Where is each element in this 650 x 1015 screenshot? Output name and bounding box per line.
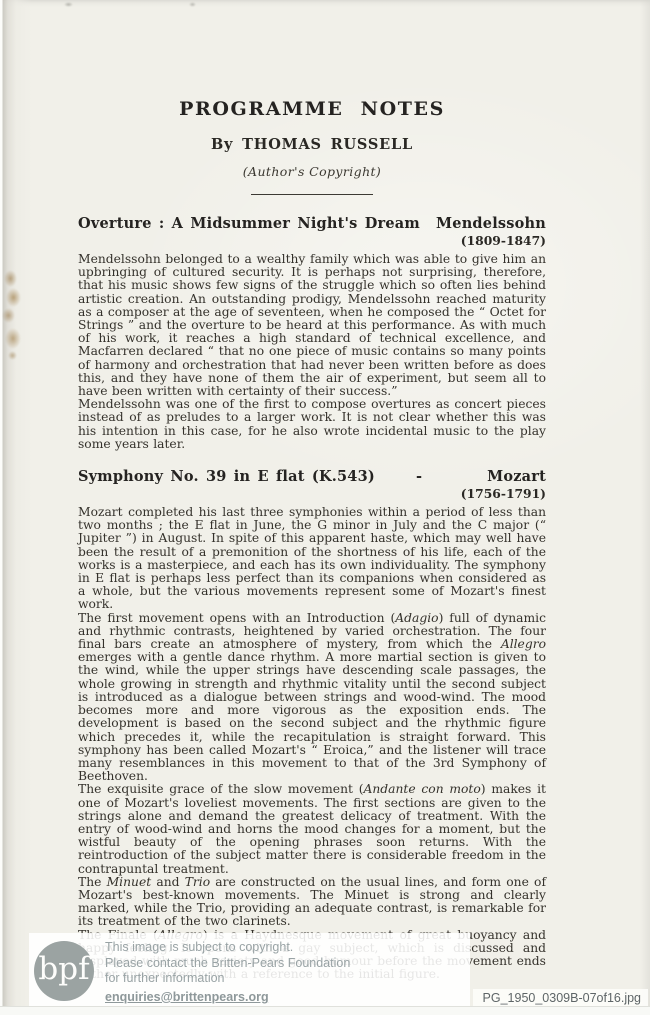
paper-speck — [64, 2, 73, 7]
paper-stain — [8, 351, 17, 360]
composer-dates: (1756-1791) — [78, 486, 546, 501]
copyright-watermark: bpf This image is subject to copyright. … — [29, 933, 470, 1008]
section-mozart: Symphony No. 39 in E flat (K.543) - Moza… — [78, 468, 546, 981]
work-title: Overture : A Midsummer Night's Dream — [78, 215, 420, 232]
composer-name: Mendelssohn — [436, 215, 546, 232]
composer-dates: (1809-1847) — [78, 233, 546, 248]
author-byline: By THOMAS RUSSELL — [78, 136, 546, 153]
body-paragraph: The exquisite grace of the slow movement… — [78, 783, 546, 875]
contact-email-link[interactable]: enquiries@brittenpears.org — [105, 990, 269, 1006]
body-paragraph: Mendelssohn was one of the first to comp… — [78, 398, 546, 451]
watermark-line: for further information — [105, 971, 350, 987]
section-mendelssohn: Overture : A Midsummer Night's Dream Men… — [78, 215, 546, 451]
paper-stain — [4, 270, 17, 287]
work-title: Symphony No. 39 in E flat (K.543) — [78, 468, 375, 485]
body-paragraph: The Minuet and Trio are constructed on t… — [78, 876, 546, 929]
heading-dash: - — [416, 468, 422, 485]
scanned-page: PROGRAMME NOTES By THOMAS RUSSELL (Autho… — [0, 0, 650, 1015]
page-content: PROGRAMME NOTES By THOMAS RUSSELL (Autho… — [78, 0, 546, 981]
body-paragraph: Mozart completed his last three symphoni… — [78, 506, 546, 612]
divider-rule — [251, 194, 373, 195]
watermark-line: Please contact the Britten-Pears Foundat… — [105, 956, 350, 972]
paper-stain — [2, 308, 15, 323]
body-paragraph: Mendelssohn belonged to a wealthy family… — [78, 253, 546, 398]
section-heading: Overture : A Midsummer Night's Dream Men… — [78, 215, 546, 232]
bpf-logo: bpf — [34, 941, 94, 1001]
watermark-text: This image is subject to copyright. Plea… — [105, 940, 350, 1005]
page-title: PROGRAMME NOTES — [78, 98, 546, 120]
paper-stain — [6, 288, 21, 307]
scan-bottom-edge — [0, 1006, 650, 1015]
watermark-line: This image is subject to copyright. — [105, 940, 350, 956]
composer-name: Mozart — [487, 468, 546, 485]
body-paragraph: The first movement opens with an Introdu… — [78, 612, 546, 784]
paper-stain — [5, 328, 21, 349]
author-copyright-note: (Author's Copyright) — [78, 164, 546, 179]
section-heading: Symphony No. 39 in E flat (K.543) - Moza… — [78, 468, 546, 485]
